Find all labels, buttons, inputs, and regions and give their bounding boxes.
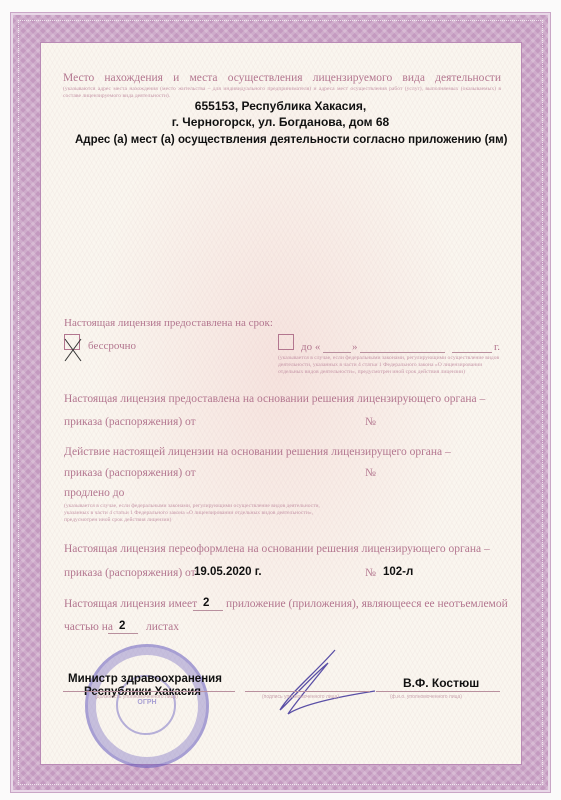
stamp-text: ОГРН [88, 699, 206, 706]
basis-order-label: приказа (распоряжения) от [64, 416, 196, 428]
activity-places: Адрес (а) мест (а) осуществления деятель… [75, 134, 507, 146]
until-prefix: до « [301, 341, 320, 353]
address-line-1: 655153, Республика Хакасия, [0, 99, 561, 113]
signature-line [245, 691, 370, 692]
reissue-text: Настоящая лицензия переоформлена на осно… [64, 543, 490, 555]
appendix-prefix: Настоящая лицензия имеет [64, 598, 197, 610]
extension-number-label: № [365, 467, 376, 479]
signer-position-line-1: Министр здравоохранения [68, 673, 222, 685]
appendix-sheets-line [108, 633, 138, 634]
appendix-sheets-suffix: листах [146, 621, 179, 633]
unlimited-label: бессрочно [88, 340, 136, 352]
name-caption: (ф.и.о. уполномоченного лица) [390, 694, 462, 700]
extension-hint: (указывается в случае, если федеральными… [64, 503, 346, 524]
location-hint: (указываются адрес места нахождения (мес… [63, 86, 501, 100]
address-line-2: г. Черногорск, ул. Богданова, дом 68 [0, 115, 561, 129]
unlimited-checkbox[interactable] [64, 334, 80, 350]
extension-extended-label: продлено до [64, 487, 124, 499]
until-month-line [360, 352, 445, 353]
appendix-sheets-prefix: частью на [64, 621, 113, 633]
reissue-number: 102-л [383, 566, 413, 578]
until-checkbox[interactable] [278, 334, 294, 350]
appendix-count-line [193, 610, 223, 611]
appendix-count: 2 [203, 597, 209, 609]
extension-text: Действие настоящей лицензии на основании… [64, 446, 451, 458]
name-line [376, 691, 500, 692]
until-suffix: г. [494, 341, 500, 353]
basis-number-label: № [365, 416, 376, 428]
signer-name: В.Ф. Костюш [403, 676, 479, 690]
signature-caption: (подпись уполномоченного лица) [262, 694, 339, 700]
position-caption: (должность уполномоченного лица) [95, 694, 178, 700]
until-mid: » [352, 341, 358, 353]
until-hint: (указывается в случае, если федеральными… [278, 355, 500, 376]
term-label: Настоящая лицензия предоставлена на срок… [64, 317, 273, 329]
cross-mark-icon [63, 337, 85, 363]
appendix-sheets: 2 [119, 620, 125, 632]
location-heading: Место нахождения и места осуществления л… [63, 72, 501, 84]
until-day-line [323, 352, 351, 353]
basis-text: Настоящая лицензия предоставлена на осно… [64, 393, 485, 405]
appendix-middle: приложение (приложения), являющееся ее н… [226, 598, 508, 610]
reissue-date: 19.05.2020 г. [194, 566, 262, 578]
signature-icon [260, 648, 390, 718]
position-line [63, 691, 235, 692]
extension-order-label: приказа (распоряжения) от [64, 467, 196, 479]
reissue-order-label: приказа (распоряжения) от [64, 567, 196, 579]
official-stamp: ОГРН [85, 644, 209, 768]
reissue-number-label: № [365, 567, 376, 579]
until-year-line [452, 352, 492, 353]
